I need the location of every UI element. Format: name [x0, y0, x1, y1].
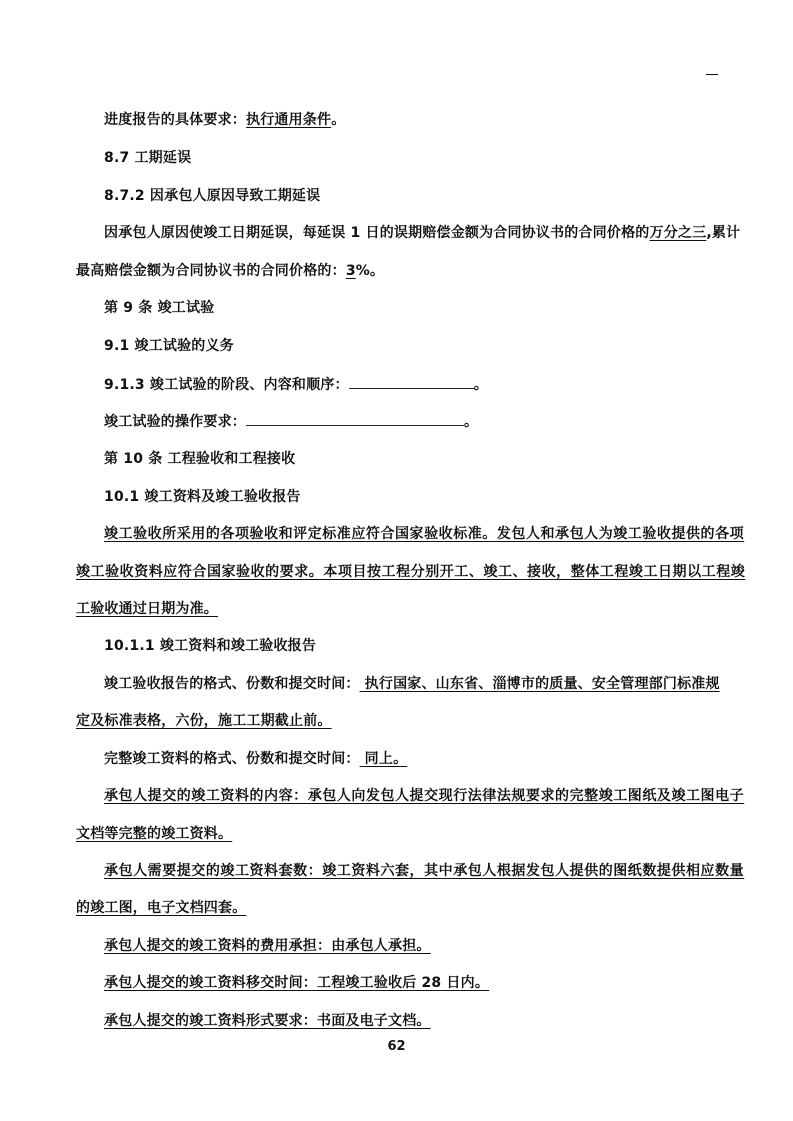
test-operations-blank[interactable] [246, 411, 464, 426]
report-format-label: 竣工验收报告的格式、份数和提交时间： [104, 676, 360, 692]
sets-paragraph-line-1: 承包人需要提交的竣工资料套数：竣工资料六套，其中承包人根据发包人提供的图纸数提供… [104, 861, 744, 881]
max-compensation-text: 最高赔偿金额为合同协议书的合同价格的： [76, 263, 346, 279]
progress-report-value: 执行通用条件 [246, 112, 331, 128]
complete-data-value: 同上。 [360, 751, 408, 767]
test-stages-blank[interactable] [349, 374, 474, 389]
corner-mark [706, 74, 718, 75]
heading-article-10: 第 10 条 工程验收和工程接收 [104, 449, 295, 469]
report-format-line-2: 定及标准表格，六份，施工工期截止前。 [76, 711, 332, 731]
percent-sign: %。 [356, 263, 384, 279]
period: 。 [474, 377, 488, 393]
delay-text-end: ,累计 [706, 225, 740, 241]
test-operations-label: 竣工试验的操作要求： [104, 414, 246, 430]
heading-8-7-2: 8.7.2 因承包人原因导致工期延误 [104, 186, 320, 206]
report-format-line-1: 竣工验收报告的格式、份数和提交时间： 执行国家、山东省、淄博市的质量、安全管理部… [104, 674, 720, 694]
progress-report-label: 进度报告的具体要求： [104, 112, 246, 128]
cost-line: 承包人提交的竣工资料的费用承担：由承包人承担。 [104, 936, 431, 956]
delay-paragraph-line-1: 因承包人原因使竣工日期延误，每延误 1 日的误期赔偿金额为合同协议书的合同价格的… [104, 223, 740, 243]
heading-10-1-1: 10.1.1 竣工资料和竣工验收报告 [104, 636, 316, 656]
period: 。 [464, 414, 478, 430]
report-format-value: 执行国家、山东省、淄博市的质量、安全管理部门标准规 [360, 676, 720, 692]
standards-paragraph-line-2: 竣工验收资料应符合国家验收的要求。本项目按工程分别开工、竣工、接收，整体工程竣工… [76, 562, 745, 582]
test-operations-line: 竣工试验的操作要求：。 [104, 411, 478, 432]
delay-rate-value: 万分之三 [650, 225, 707, 241]
sets-paragraph-line-2: 的竣工图，电子文档四套。 [76, 898, 246, 918]
progress-report-line: 进度报告的具体要求：执行通用条件。 [104, 110, 345, 130]
test-stages-label: 9.1.3 竣工试验的阶段、内容和顺序： [104, 377, 349, 393]
standards-paragraph-line-1: 竣工验收所采用的各项验收和评定标准应符合国家验收标准。发包人和承包人为竣工验收提… [104, 524, 744, 544]
complete-data-label: 完整竣工资料的格式、份数和提交时间： [104, 751, 360, 767]
max-compensation-value: 3 [346, 263, 356, 279]
heading-10-1: 10.1 竣工资料及竣工验收报告 [104, 487, 301, 507]
content-paragraph-line-2: 文档等完整的竣工资料。 [76, 824, 232, 844]
document-page: 进度报告的具体要求：执行通用条件。 8.7 工期延误 8.7.2 因承包人原因导… [0, 0, 793, 1121]
page-number: 62 [0, 1038, 793, 1056]
heading-article-9: 第 9 条 竣工试验 [104, 298, 214, 318]
delay-paragraph-line-2: 最高赔偿金额为合同协议书的合同价格的：3%。 [76, 261, 384, 281]
form-line: 承包人提交的竣工资料形式要求：书面及电子文档。 [104, 1011, 431, 1031]
content-paragraph-line-1: 承包人提交的竣工资料的内容：承包人向发包人提交现行法律法规要求的完整竣工图纸及竣… [104, 786, 744, 806]
heading-9-1: 9.1 竣工试验的义务 [104, 336, 234, 356]
heading-8-7: 8.7 工期延误 [104, 148, 191, 168]
period: 。 [331, 112, 345, 128]
standards-paragraph-line-3: 工验收通过日期为准。 [76, 599, 218, 619]
delay-text: 因承包人原因使竣工日期延误，每延误 1 日的误期赔偿金额为合同协议书的合同价格的 [104, 225, 650, 241]
complete-data-line: 完整竣工资料的格式、份数和提交时间： 同上。 [104, 749, 407, 769]
heading-9-1-3-line: 9.1.3 竣工试验的阶段、内容和顺序：。 [104, 374, 488, 395]
handover-line: 承包人提交的竣工资料移交时间：工程竣工验收后 28 日内。 [104, 973, 489, 993]
